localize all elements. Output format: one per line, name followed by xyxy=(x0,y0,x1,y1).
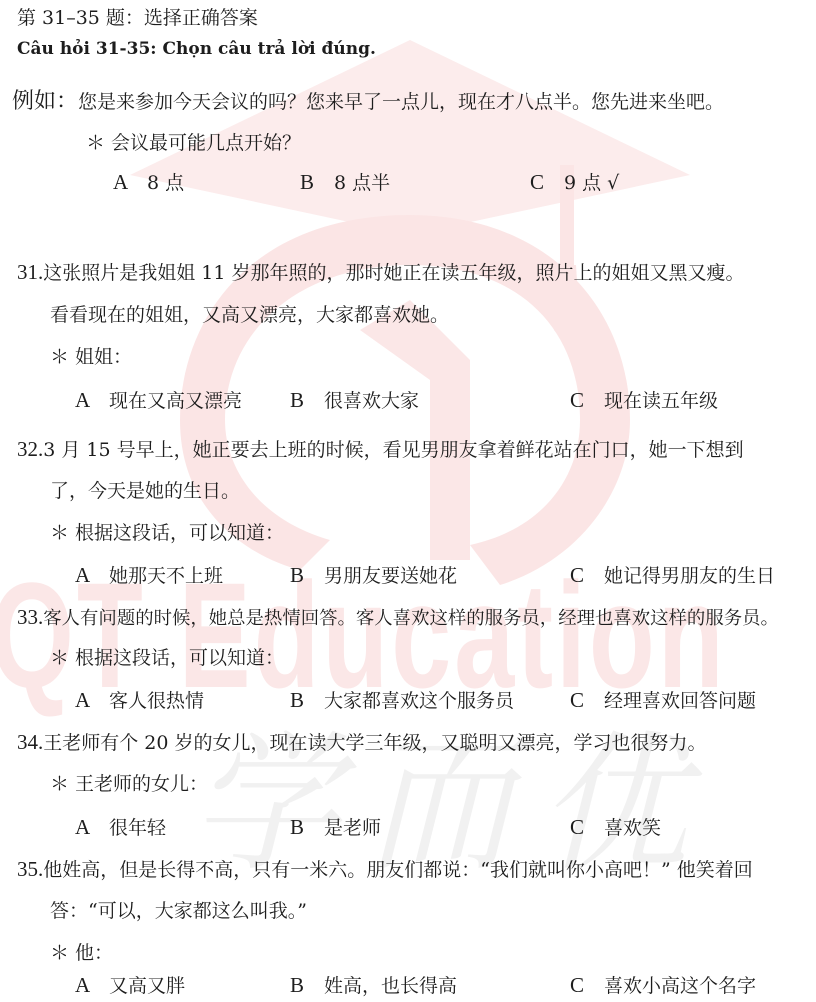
example-option-b: B8 点半 xyxy=(300,170,390,195)
question-number: 31. xyxy=(17,260,43,284)
section-subtitle: Câu hỏi 31-35: Chọn câu trả lời đúng. xyxy=(17,37,376,61)
question-34-option-b: B是老师 xyxy=(290,815,381,840)
question-number: 34. xyxy=(17,730,43,754)
question-31-option-c: C现在读五年级 xyxy=(570,388,718,413)
question-32-option-b: B男朋友要送她花 xyxy=(290,563,457,588)
question-35-prompt: ＊ 他： xyxy=(50,941,113,965)
example-option-c-correct: C9 点 √ xyxy=(530,170,619,195)
question-number: 32. xyxy=(17,437,43,461)
question-34-option-c: C喜欢笑 xyxy=(570,815,661,840)
question-35-option-b: B姓高，也长得高 xyxy=(290,973,457,998)
question-number: 33. xyxy=(17,605,43,629)
question-35-line-1: 35.他姓高，但是长得不高，只有一米六。朋友们都说：“我们就叫你小高吧！” 他笑… xyxy=(17,857,753,882)
question-32-line-1: 32.3 月 15 号早上，她正要去上班的时候，看见男朋友拿着鲜花站在门口，她一… xyxy=(17,437,744,462)
question-number: 35. xyxy=(17,857,43,881)
question-35-option-c: C喜欢小高这个名字 xyxy=(570,973,756,998)
question-35-option-a: A又高又胖 xyxy=(75,973,185,998)
example-label: 例如： xyxy=(12,89,78,114)
section-title: 第 31–35 题：选择正确答案 xyxy=(17,6,258,30)
question-31-prompt: ＊ 姐姐： xyxy=(50,345,132,369)
question-34-option-a: A很年轻 xyxy=(75,815,166,840)
question-34-line-1: 34.王老师有个 20 岁的女儿，现在读大学三年级，又聪明又漂亮，学习也很努力。 xyxy=(17,730,707,755)
question-32-line-2: 了，今天是她的生日。 xyxy=(50,479,240,503)
question-34-prompt: ＊ 王老师的女儿： xyxy=(50,772,208,796)
question-32-prompt: ＊ 根据这段话，可以知道： xyxy=(50,521,284,545)
question-32-option-c: C她记得男朋友的生日 xyxy=(570,563,775,588)
question-31-line-1: 31.这张照片是我姐姐 11 岁那年照的，那时她正在读五年级，照片上的姐姐又黑又… xyxy=(17,260,745,285)
question-33-option-c: C经理喜欢回答问题 xyxy=(570,688,756,713)
question-31-option-a: A现在又高又漂亮 xyxy=(75,388,242,413)
example-question: ＊ 会议最可能几点开始？ xyxy=(86,131,301,155)
question-33-option-b: B大家都喜欢这个服务员 xyxy=(290,688,514,713)
question-33-option-a: A客人很热情 xyxy=(75,688,204,713)
question-33-prompt: ＊ 根据这段话，可以知道： xyxy=(50,646,284,670)
question-32-option-a: A她那天不上班 xyxy=(75,563,223,588)
exam-page: 第 31–35 题：选择正确答案 Câu hỏi 31-35: Chọn câu… xyxy=(0,0,816,1002)
question-31-option-b: B很喜欢大家 xyxy=(290,388,419,413)
example-passage-text: 您是来参加今天会议的吗？您来早了一点儿，现在才八点半。您先进来坐吧。 xyxy=(78,91,724,113)
question-35-line-2: 答：“可以，大家都这么叫我。” xyxy=(50,899,307,923)
question-33-line-1: 33.客人有问题的时候，她总是热情回答。客人喜欢这样的服务员，经理也喜欢这样的服… xyxy=(17,605,779,631)
example-passage: 例如：您是来参加今天会议的吗？您来早了一点儿，现在才八点半。您先进来坐吧。 xyxy=(12,90,724,114)
example-option-a: A8 点 xyxy=(113,170,184,195)
question-31-line-2: 看看现在的姐姐，又高又漂亮，大家都喜欢她。 xyxy=(50,303,449,327)
